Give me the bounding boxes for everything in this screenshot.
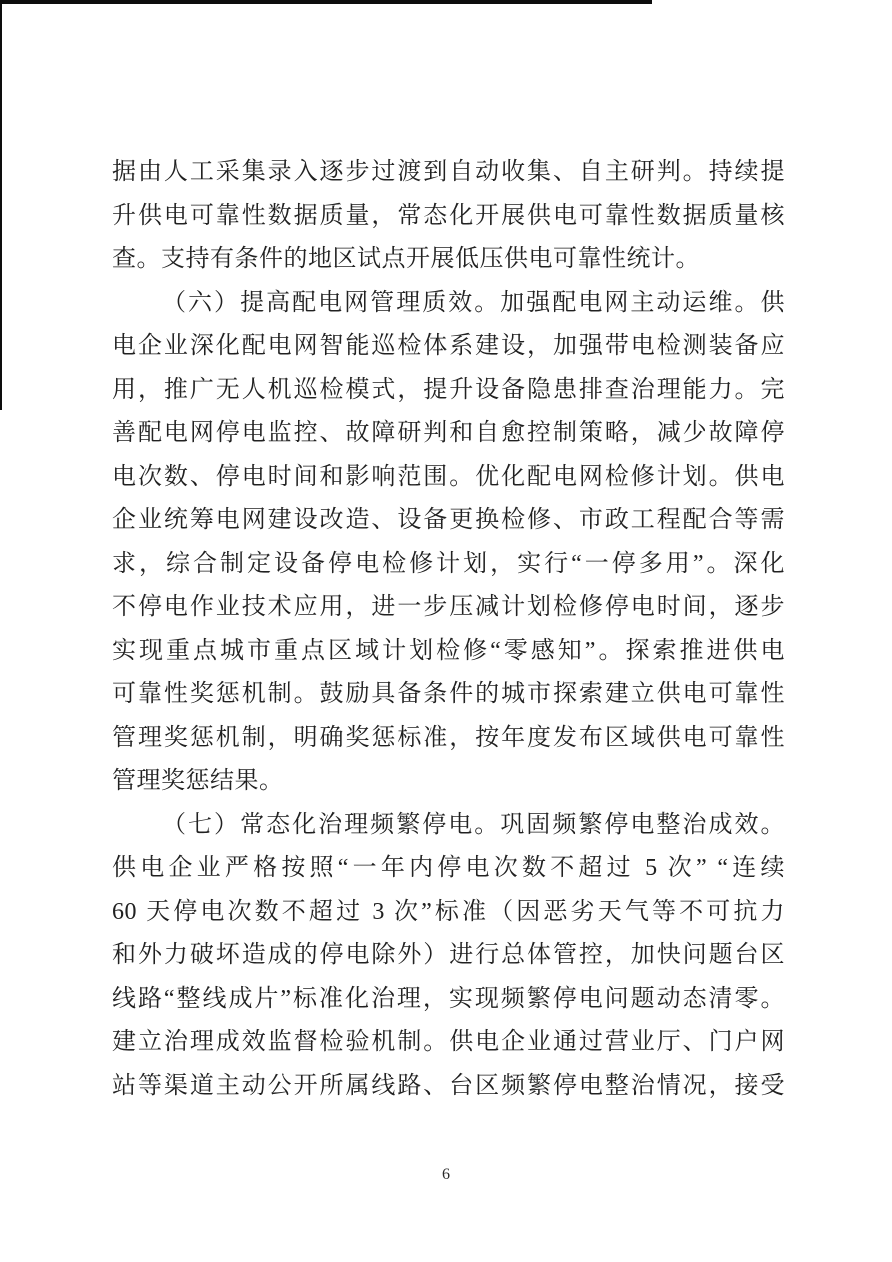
text-line: 和外力破坏造成的停电除外）进行总体管控，加快问题台区 — [112, 934, 785, 978]
text-line-paragraph-start: （六）提高配电网管理质效。加强配电网主动运维。供 — [112, 282, 785, 326]
text-line: 管理奖惩机制，明确奖惩标准，按年度发布区域供电可靠性 — [112, 717, 785, 761]
text-line: 据由人工采集录入逐步过渡到自动收集、自主研判。持续提 — [112, 151, 785, 195]
document-body: 据由人工采集录入逐步过渡到自动收集、自主研判。持续提 升供电可靠性数据质量，常态… — [112, 151, 785, 1108]
text-line: 查。支持有条件的地区试点开展低压供电可靠性统计。 — [112, 238, 785, 282]
text-line: 线路“整线成片”标准化治理，实现频繁停电问题动态清零。 — [112, 978, 785, 1022]
scan-edge-artifact-top — [0, 0, 652, 4]
text-line: 企业统筹电网建设改造、设备更换检修、市政工程配合等需 — [112, 499, 785, 543]
text-line: 电次数、停电时间和影响范围。优化配电网检修计划。供电 — [112, 456, 785, 500]
text-line: 用，推广无人机巡检模式，提升设备隐患排查治理能力。完 — [112, 369, 785, 413]
text-line: 供电企业严格按照“一年内停电次数不超过 5 次” “连续 — [112, 847, 785, 891]
text-line: 建立治理成效监督检验机制。供电企业通过营业厅、门户网 — [112, 1021, 785, 1065]
text-line: 管理奖惩结果。 — [112, 760, 785, 804]
text-line: 站等渠道主动公开所属线路、台区频繁停电整治情况，接受 — [112, 1065, 785, 1109]
text-line: 求，综合制定设备停电检修计划，实行“一停多用”。深化 — [112, 543, 785, 587]
text-line: 可靠性奖惩机制。鼓励具备条件的城市探索建立供电可靠性 — [112, 673, 785, 717]
text-line: 善配电网停电监控、故障研判和自愈控制策略，减少故障停 — [112, 412, 785, 456]
document-page: 据由人工采集录入逐步过渡到自动收集、自主研判。持续提 升供电可靠性数据质量，常态… — [0, 0, 892, 1262]
text-line: 不停电作业技术应用，进一步压减计划检修停电时间，逐步 — [112, 586, 785, 630]
scan-edge-artifact-left — [0, 0, 2, 410]
text-line: 60 天停电次数不超过 3 次”标准（因恶劣天气等不可抗力 — [112, 891, 785, 935]
text-line: 升供电可靠性数据质量，常态化开展供电可靠性数据质量核 — [112, 195, 785, 239]
page-number: 6 — [0, 1166, 892, 1184]
text-line: 电企业深化配电网智能巡检体系建设，加强带电检测装备应 — [112, 325, 785, 369]
text-line-paragraph-start: （七）常态化治理频繁停电。巩固频繁停电整治成效。 — [112, 804, 785, 848]
text-line: 实现重点城市重点区域计划检修“零感知”。探索推进供电 — [112, 630, 785, 674]
